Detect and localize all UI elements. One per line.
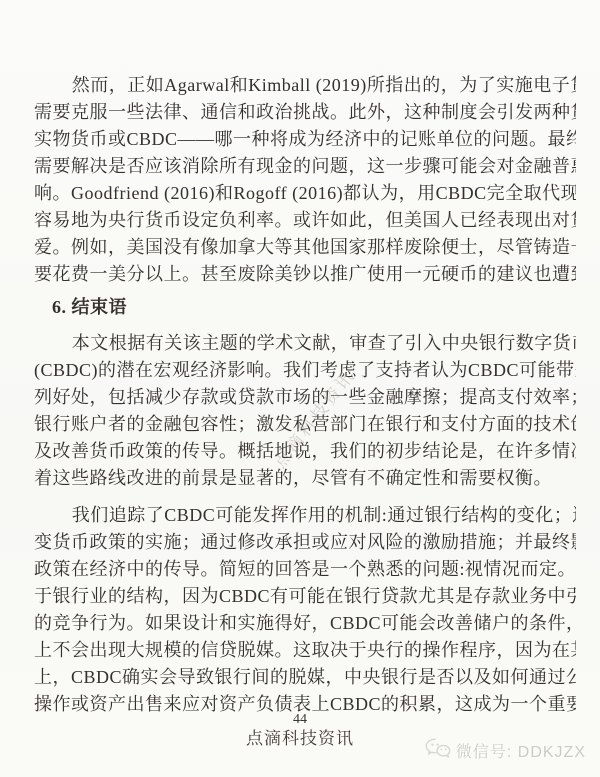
text-line: 响。Goodfriend (2016)和Rogoff (2016)都认为，用CB… <box>34 180 576 207</box>
wechat-watermark: 微信号: DDKJZX <box>425 738 586 763</box>
text-line: 本文根据有关该主题的学术文献，审查了引入中央银行数字货币 <box>34 330 576 357</box>
text-line: 及改善货币政策的传导。概括地说，我们的初步结论是，在许多情况下，沿 <box>34 438 576 465</box>
text-line: 爱。例如，美国没有像加拿大等其他国家那样废除便士，尽管铸造一枚便士 <box>34 234 576 261</box>
document-body: 然而，正如Agarwal和Kimball (2019)所指出的，为了实施电子货币… <box>34 72 576 718</box>
paragraph-1: 然而，正如Agarwal和Kimball (2019)所指出的，为了实施电子货币… <box>34 72 576 288</box>
document-page: 然而，正如Agarwal和Kimball (2019)所指出的，为了实施电子货币… <box>0 0 600 777</box>
text-line: 然而，正如Agarwal和Kimball (2019)所指出的，为了实施电子货币… <box>34 72 576 99</box>
text-line: 需要解决是否应该消除所有现金的问题，这一步骤可能会对金融普惠产生影 <box>34 153 576 180</box>
text-line: 于银行业的结构，因为CBDC有可能在银行贷款尤其是存款业务中引入更多 <box>34 583 576 610</box>
wechat-label: 微信号: DDKJZX <box>456 739 586 762</box>
text-line: 变货币政策的实施；通过修改承担或应对风险的激励措施；并最终影响货币 <box>34 529 576 556</box>
text-line: 着这些路线改进的前景是显著的，尽管有不确定性和需要权衡。 <box>34 465 576 492</box>
text-line: (CBDC)的潜在宏观经济影响。我们考虑了支持者认为CBDC可能带来的一系 <box>34 357 576 384</box>
text-line: 上，CBDC确实会导致银行间的脱媒，中央银行是否以及如何通过公开市场 <box>34 664 576 691</box>
section-heading: 6. 结束语 <box>34 294 576 321</box>
paragraph-2: 本文根据有关该主题的学术文献，审查了引入中央银行数字货币(CBDC)的潜在宏观经… <box>34 330 576 492</box>
wechat-icon <box>425 738 451 763</box>
text-line: 的竞争行为。如果设计和实施得好，CBDC可能会改善储户的条件，而总体 <box>34 610 576 637</box>
text-line: 需要克服一些法律、通信和政治挑战。此外，这种制度会引发两种货币—— <box>34 99 576 126</box>
text-line: 要花费一美分以上。甚至废除美钞以推广使用一元硬币的建议也遭到了敌视。 <box>34 261 576 288</box>
text-line: 银行账户者的金融包容性；激发私营部门在银行和支付方面的技术创新；以 <box>34 411 576 438</box>
text-line: 列好处，包括减少存款或贷款市场的一些金融摩擦；提高支付效率；改善无 <box>34 384 576 411</box>
page-number: 44 <box>0 712 600 728</box>
text-line: 政策在经济中的传导。简短的回答是一个熟悉的问题:视情况而定。这取决 <box>34 556 576 583</box>
text-line: 我们追踪了CBDC可能发挥作用的机制:通过银行结构的变化；通过改 <box>34 502 576 529</box>
text-line: 实物货币或CBDC——哪一种将成为经济中的记账单位的问题。最终，可能 <box>34 126 576 153</box>
text-line: 上不会出现大规模的信贷脱媒。这取决于央行的操作程序，因为在某种程度 <box>34 637 576 664</box>
text-line: 容易地为央行货币设定负利率。或许如此，但美国人已经表现出对货币的喜 <box>34 207 576 234</box>
paragraph-3: 我们追踪了CBDC可能发挥作用的机制:通过银行结构的变化；通过改变货币政策的实施… <box>34 502 576 718</box>
